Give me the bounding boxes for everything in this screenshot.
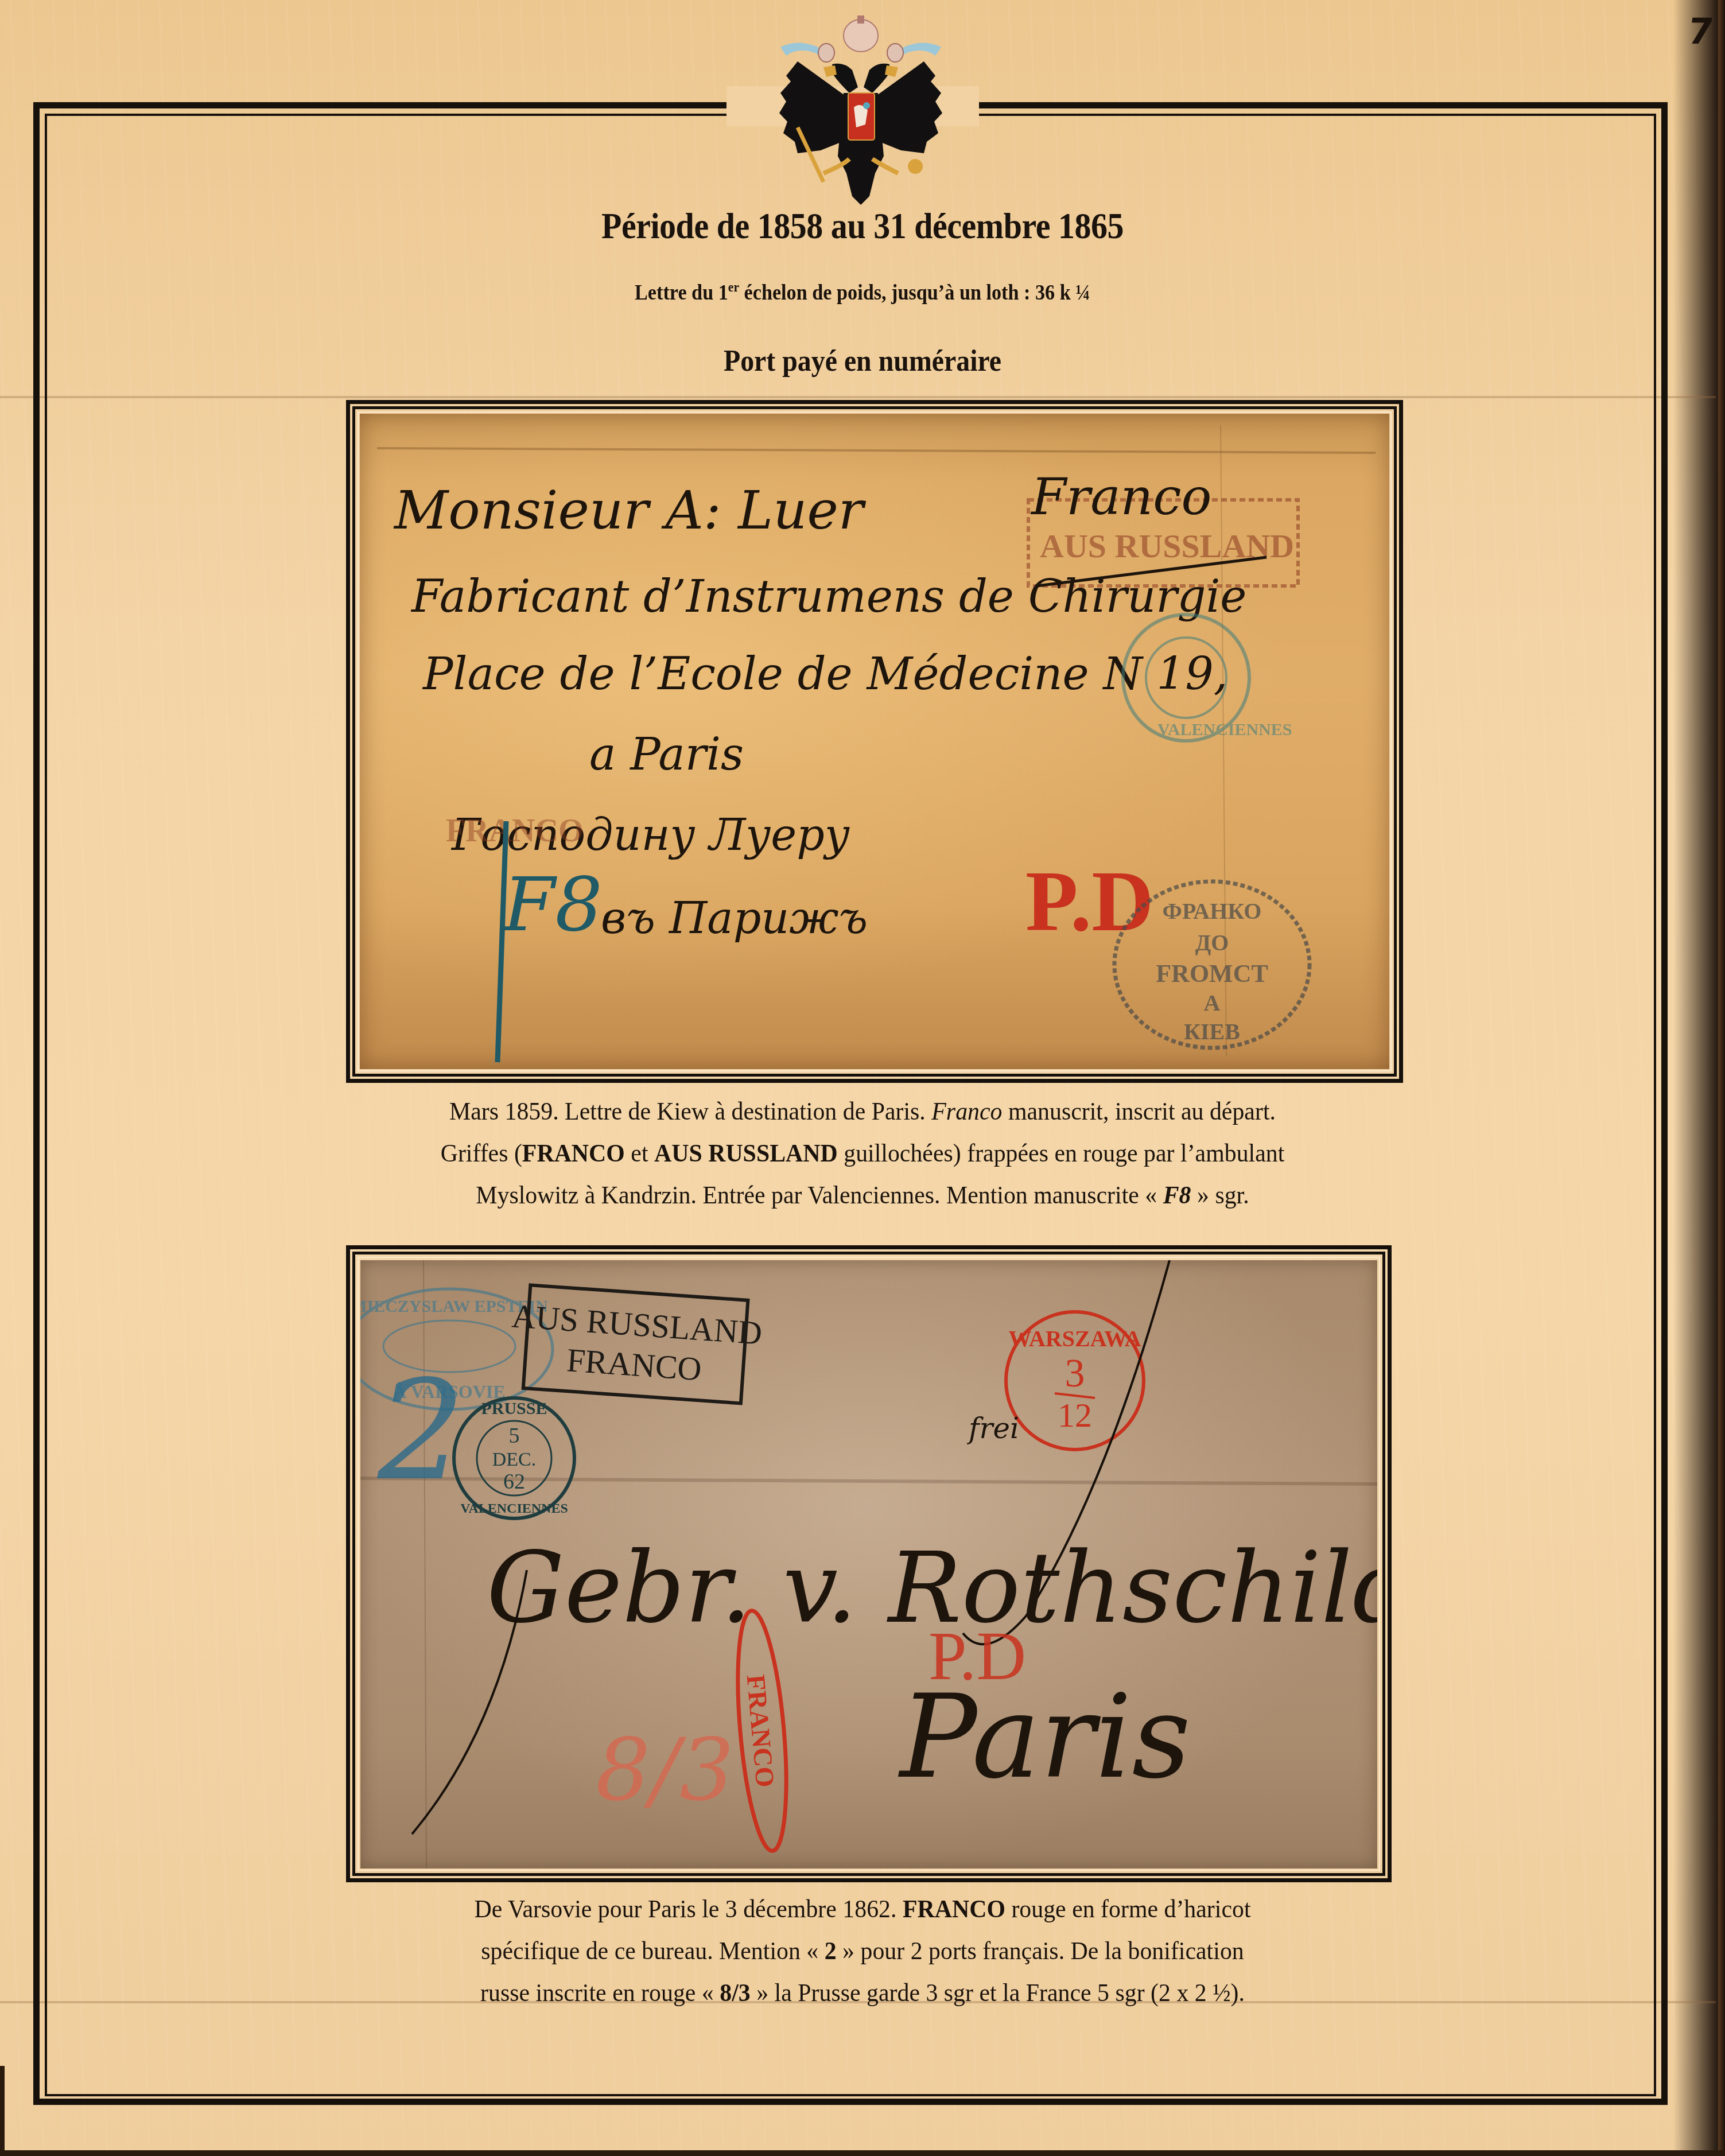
prusse-valenciennes-postmark: PRUSSE 5 DEC. 62 VALENCIENNES [454,1398,574,1518]
svg-text:WARSZAWA: WARSZAWA [1008,1326,1141,1351]
svg-text:FRANCO: FRANCO [565,1341,702,1388]
svg-text:a Paris: a Paris [589,729,744,780]
svg-text:AUS RUSSLAND: AUS RUSSLAND [511,1297,763,1351]
svg-text:Fabricant d’Instrumens de Chir: Fabricant d’Instrumens de Chirurgie [410,571,1247,623]
section-heading: Port payé en numéraire [69,344,1656,378]
cover-1-caption: Mars 1859. Lettre de Kiew à destination … [60,1090,1665,1216]
cover-1-envelope: AUS RUSSLAND Franco Monsieur A: Luer Fab… [360,414,1389,1069]
svg-text:frei: frei [966,1412,1019,1445]
svg-text:VALENCIENNES: VALENCIENNES [1157,720,1292,739]
warszawa-postmark: WARSZAWA 3 12 [1006,1312,1144,1450]
svg-text:DEC.: DEC. [492,1449,537,1470]
svg-text:F8: F8 [502,861,603,948]
svg-text:ФРАНКО: ФРАНКО [1163,898,1262,924]
pd-stamp: P.D [1025,854,1154,949]
svg-text:Monsieur A: Luer: Monsieur A: Luer [393,480,867,541]
album-edge [1718,0,1725,2156]
svg-text:PRUSSE: PRUSSE [481,1399,547,1418]
svg-text:FRANCO: FRANCO [446,813,584,849]
cover-2-envelope: MIECZYSLAW EPSTEIN À VARSOVIE AUS RUSSLA… [360,1260,1377,1868]
manuscript-rate-8-3: 8/3 [596,1720,734,1820]
svg-text:Place de l’Ecole de Médecine N: Place de l’Ecole de Médecine N 19, [422,648,1228,700]
svg-text:VALENCIENNES: VALENCIENNES [460,1501,568,1516]
svg-text:5: 5 [509,1424,520,1448]
svg-text:ДО: ДО [1195,930,1229,955]
double-headed-eagle-icon [763,7,958,208]
svg-text:въ Парижъ: въ Парижъ [601,892,868,943]
franco-bean-stamp: FRANCO [730,1609,794,1852]
svg-text:Franco: Franco [1030,467,1212,526]
kiev-franco-postmark: ФРАНКО ДО FROMCT А КІЕВ [1114,881,1310,1048]
pd-stamp: P.D [928,1618,1026,1694]
album-edge-bottom [0,2150,1725,2156]
svg-text:FROMCT: FROMCT [1156,959,1268,988]
album-edge-left [0,2066,5,2156]
page-subtitle: Lettre du 1er échelon de poids, jusqu’à … [86,280,1638,305]
aus-russland-franco-box: AUS RUSSLAND FRANCO [507,1284,764,1404]
cover-2-caption: De Varsovie pour Paris le 3 décembre 186… [60,1888,1665,2014]
svg-text:62: 62 [503,1470,525,1494]
page-title: Période de 1858 au 31 décembre 1865 [69,205,1656,247]
svg-text:А: А [1204,990,1221,1016]
svg-text:3: 3 [1065,1351,1085,1396]
svg-text:КІЕВ: КІЕВ [1184,1019,1240,1044]
svg-text:12: 12 [1058,1396,1092,1434]
svg-text:FRANCO: FRANCO [741,1673,780,1788]
manuscript-two: 2 [377,1350,465,1511]
